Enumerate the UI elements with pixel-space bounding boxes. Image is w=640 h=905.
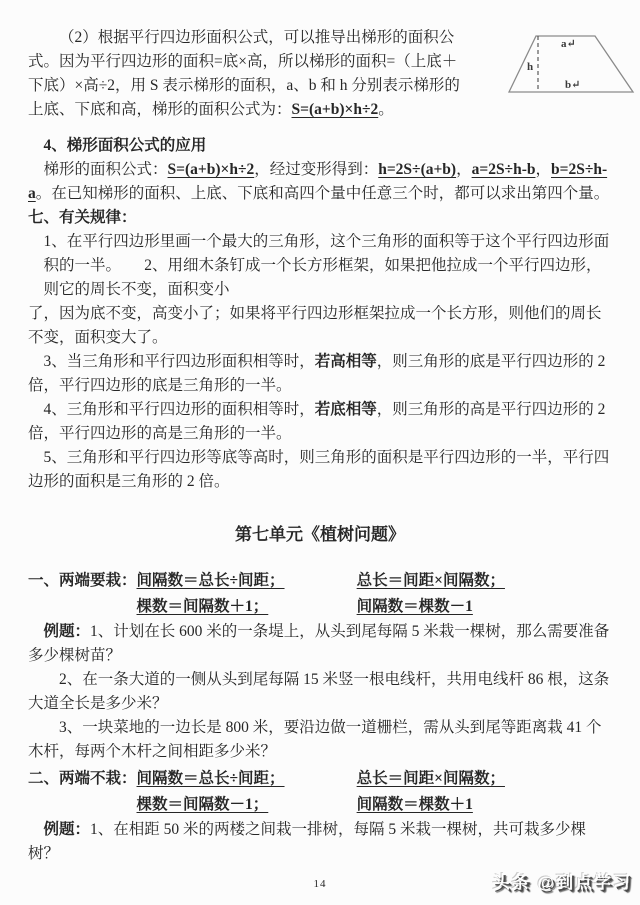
text-run: ， bbox=[535, 161, 551, 178]
text-run: 1、计划在长 600 米的一条堤上，从头到尾每隔 5 米栽一棵树，那么需要准备多… bbox=[28, 623, 609, 664]
two-ends-plant-label: 一、两端要栽： bbox=[28, 568, 137, 594]
text-run: 若底相等 bbox=[315, 401, 377, 418]
formula-interval-count: 间隔数＝总长÷间距； bbox=[137, 568, 285, 594]
text-run: ，经过变形得到： bbox=[254, 161, 378, 178]
trapezoid-label-h: h bbox=[527, 61, 533, 73]
text-run: S=(a+b)×h÷2 bbox=[292, 101, 379, 118]
formula-tree-count: 棵数＝间隔数＋1； bbox=[137, 594, 269, 620]
text-run: 2、在一条大道的一侧从头到尾每隔 15 米竖一根电线杆，共用电线杆 86 根，这… bbox=[28, 671, 609, 712]
formula-interval-from-trees-2: 间隔数＝棵数＋1 bbox=[357, 792, 473, 818]
text-run: 例题： bbox=[44, 821, 91, 838]
rule-5-paragraph: 5、三角形和平行四边形等底等高时，则三角形的面积是平行四边形的一半，平行四边形的… bbox=[28, 446, 612, 494]
trapezoid-label-b: b↵ bbox=[565, 79, 580, 91]
unit7-title: 第七单元《植树问题》 bbox=[28, 522, 612, 548]
trapezoid-label-a: a↵ bbox=[561, 38, 576, 50]
two-ends-no-plant-formulas: 二、两端不栽： 间隔数＝总长÷间距； 总长＝间距×间隔数； 棵数＝间隔数－1； … bbox=[28, 766, 612, 818]
trapezoid-derivation-paragraph: a↵ h b↵ （2）根据平行四边形面积公式，可以推导出梯形的面积公式。因为平行… bbox=[28, 26, 612, 122]
text-run: h=2S÷(a+b) bbox=[378, 161, 456, 178]
document-page: a↵ h b↵ （2）根据平行四边形面积公式，可以推导出梯形的面积公式。因为平行… bbox=[0, 0, 640, 905]
formula-interval-from-trees: 间隔数＝棵数－1 bbox=[357, 594, 473, 620]
text-run: 了，因为底不变，高变小了；如果将平行四边形框架拉成一个长方形，则他们的周长不变，… bbox=[28, 305, 602, 346]
rule-3-paragraph: 3、当三角形和平行四边形面积相等时，若高相等，则三角形的底是平行四边形的 2 倍… bbox=[28, 350, 612, 398]
text-run: 若高相等 bbox=[315, 353, 377, 370]
document-body: a↵ h b↵ （2）根据平行四边形面积公式，可以推导出梯形的面积公式。因为平行… bbox=[0, 0, 640, 896]
text-run: a=2S÷h-b bbox=[472, 161, 536, 178]
text-run: ， bbox=[456, 161, 472, 178]
plant-example-1: 例题：1、计划在长 600 米的一条堤上，从头到尾每隔 5 米栽一棵树，那么需要… bbox=[28, 620, 612, 668]
formula-grid-spacer bbox=[28, 594, 137, 620]
text-run: 3、一块菜地的一边长是 800 米，要沿边做一道栅栏，需从头到尾等距离栽 41 … bbox=[28, 719, 602, 760]
formula-grid-spacer bbox=[28, 792, 137, 818]
text-run: 4、三角形和平行四边形的面积相等时， bbox=[44, 401, 315, 418]
toutiao-watermark: 头条 @到点学习 bbox=[493, 871, 632, 895]
plant-example-2: 2、在一条大道的一侧从头到尾每隔 15 米竖一根电线杆，共用电线杆 86 根，这… bbox=[28, 668, 612, 716]
text-run: 。 bbox=[378, 101, 394, 118]
formula-tree-count-2: 棵数＝间隔数－1； bbox=[137, 792, 269, 818]
text-run: 3、当三角形和平行四边形面积相等时， bbox=[44, 353, 315, 370]
text-run: S=(a+b)×h÷2 bbox=[168, 161, 255, 178]
rules-heading: 七、有关规律： bbox=[28, 206, 612, 230]
trapezoid-derivation-text: （2）根据平行四边形面积公式，可以推导出梯形的面积公式。因为平行四边形的面积=底… bbox=[28, 29, 460, 118]
application-paragraph: 梯形的面积公式：S=(a+b)×h÷2，经过变形得到：h=2S÷(a+b)，a=… bbox=[28, 158, 612, 206]
no-plant-example-1: 例题：1、在相距 50 米的两楼之间栽一排树，每隔 5 米栽一棵树，共可栽多少棵… bbox=[28, 818, 612, 866]
text-run: 梯形的面积公式： bbox=[44, 161, 168, 178]
two-ends-no-plant-label: 二、两端不栽： bbox=[28, 766, 137, 792]
rule-1-continuation: 了，因为底不变，高变小了；如果将平行四边形框架拉成一个长方形，则他们的周长不变，… bbox=[28, 302, 612, 350]
text-run: 1、在平行四边形里画一个最大的三角形，这个三角形的面积等于这个平行四边形面积的一… bbox=[44, 233, 610, 298]
rule-1-paragraph: 1、在平行四边形里画一个最大的三角形，这个三角形的面积等于这个平行四边形面积的一… bbox=[28, 230, 612, 302]
formula-total-length: 总长＝间距×间隔数； bbox=[357, 568, 505, 594]
rule-4-paragraph: 4、三角形和平行四边形的面积相等时，若底相等，则三角形的高是平行四边形的 2 倍… bbox=[28, 398, 612, 446]
text-run: 。在已知梯形的面积、上底、下底和高四个量中任意三个时，都可以求出第四个量。 bbox=[36, 185, 610, 202]
text-run: （2）根据平行四边形面积公式，可以推导出梯形的面积公式。因为平行四边形的面积=底… bbox=[28, 29, 460, 118]
text-run: 例题： bbox=[44, 623, 91, 640]
formula-total-length-2: 总长＝间距×间隔数； bbox=[357, 766, 505, 792]
formula-interval-count-2: 间隔数＝总长÷间距； bbox=[137, 766, 285, 792]
two-ends-plant-formulas: 一、两端要栽： 间隔数＝总长÷间距； 总长＝间距×间隔数； 棵数＝间隔数＋1； … bbox=[28, 568, 612, 620]
plant-example-3: 3、一块菜地的一边长是 800 米，要沿边做一道栅栏，需从头到尾等距离栽 41 … bbox=[28, 716, 612, 764]
text-run: 1、在相距 50 米的两楼之间栽一排树，每隔 5 米栽一棵树，共可栽多少棵树？ bbox=[28, 821, 586, 862]
text-run: 5、三角形和平行四边形等底等高时，则三角形的面积是平行四边形的一半，平行四边形的… bbox=[28, 449, 609, 490]
trapezoid-diagram: a↵ h b↵ bbox=[472, 28, 612, 104]
application-heading: 4、梯形面积公式的应用 bbox=[28, 134, 612, 158]
trapezoid-svg: a↵ h b↵ bbox=[503, 28, 640, 104]
